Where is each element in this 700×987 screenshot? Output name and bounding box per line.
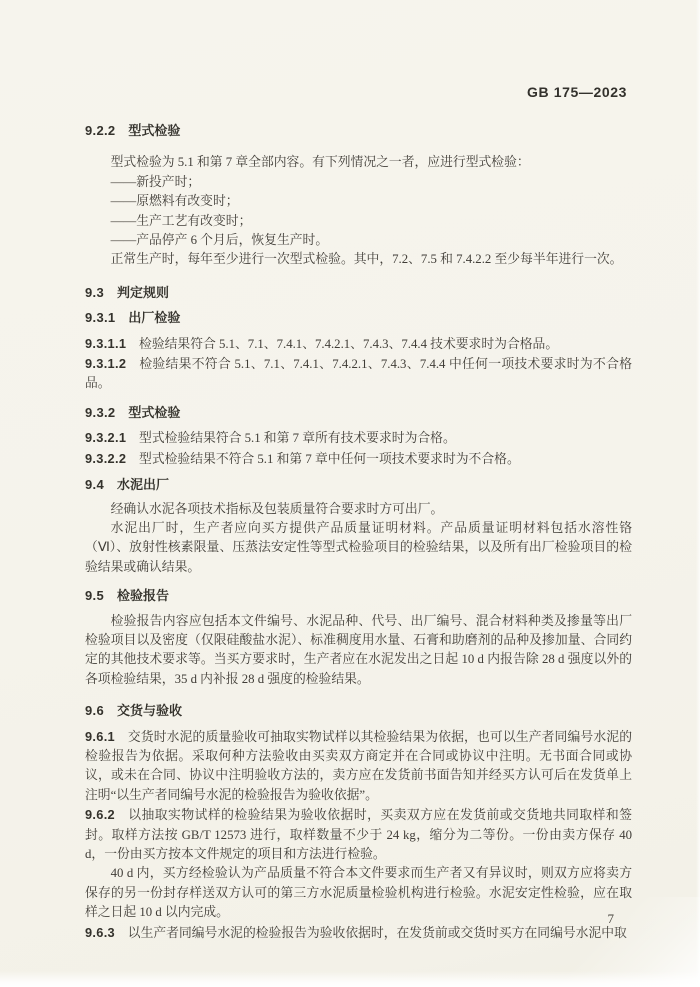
clause-9-6-2: 9.6.2以抽取实物试样的检验结果为验收依据时，买卖双方应在发货前或交货地共同取… <box>85 805 632 864</box>
section-heading-9-2-2: 9.2.2型式检验 <box>85 121 632 140</box>
scan-edge-highlight <box>696 0 700 987</box>
section-number: 9.6 <box>85 703 104 718</box>
section-title: 水泥出厂 <box>117 477 169 492</box>
clause-number: 9.6.3 <box>85 925 115 940</box>
list-item: ——生产工艺有改变时； <box>85 212 632 231</box>
section-number: 9.3.1 <box>85 310 115 325</box>
section-heading-9-3-2: 9.3.2型式检验 <box>85 403 632 422</box>
section-heading-9-3: 9.3判定规则 <box>85 283 632 302</box>
section-number: 9.3 <box>85 285 104 300</box>
section-title: 判定规则 <box>117 285 169 300</box>
list-item: ——原燃料有改变时； <box>85 192 632 211</box>
clause-number: 9.3.2.1 <box>85 430 126 445</box>
clause-9-6-1: 9.6.1交货时水泥的质量验收可抽取实物试样以其检验结果为依据，也可以生产者同编… <box>85 727 632 806</box>
section-title: 型式检验 <box>128 405 180 420</box>
clause-9-3-1-2: 9.3.1.2检验结果不符合 5.1、7.1、7.4.1、7.4.2.1、7.4… <box>85 354 632 394</box>
clause-number: 9.3.1.1 <box>85 336 126 351</box>
section-heading-9-6: 9.6交货与验收 <box>85 701 632 720</box>
clause-number: 9.3.2.2 <box>85 451 126 466</box>
section-number: 9.4 <box>85 477 104 492</box>
document-body: 9.2.2型式检验 型式检验为 5.1 和第 7 章全部内容。有下列情况之一者，… <box>85 121 632 943</box>
paragraph: 型式检验为 5.1 和第 7 章全部内容。有下列情况之一者，应进行型式检验： <box>85 153 632 172</box>
standard-number-header: GB 175—2023 <box>527 84 627 100</box>
section-heading-9-5: 9.5检验报告 <box>85 586 632 605</box>
clause-number: 9.3.1.2 <box>85 356 126 371</box>
section-title: 出厂检验 <box>128 310 180 325</box>
clause-text: 以抽取实物试样的检验结果为验收依据时，买卖双方应在发货前或交货地共同取样和签封。… <box>85 808 632 861</box>
clause-text: 型式检验结果不符合 5.1 和第 7 章中任何一项技术要求时为不合格。 <box>139 452 520 466</box>
section-heading-9-4: 9.4水泥出厂 <box>85 475 632 494</box>
scanned-document-page: GB 175—2023 9.2.2型式检验 型式检验为 5.1 和第 7 章全部… <box>0 0 700 987</box>
clause-9-3-2-2: 9.3.2.2型式检验结果不符合 5.1 和第 7 章中任何一项技术要求时为不合… <box>85 449 632 469</box>
section-title: 检验报告 <box>117 588 169 603</box>
list-item: ——新投产时； <box>85 173 632 192</box>
section-heading-9-3-1: 9.3.1出厂检验 <box>85 308 632 327</box>
section-title: 交货与验收 <box>117 703 182 718</box>
clause-text: 型式检验结果符合 5.1 和第 7 章所有技术要求时为合格。 <box>139 431 456 445</box>
clause-number: 9.6.2 <box>85 807 115 822</box>
paragraph: 检验报告内容应包括本文件编号、水泥品种、代号、出厂编号、混合材料种类及掺量等出厂… <box>85 612 632 690</box>
scan-corner-shade <box>520 897 700 987</box>
clause-text: 检验结果符合 5.1、7.1、7.4.1、7.4.2.1、7.4.3、7.4.4… <box>139 337 558 351</box>
list-item: ——产品停产 6 个月后，恢复生产时。 <box>85 231 632 250</box>
section-number: 9.3.2 <box>85 405 115 420</box>
clause-number: 9.6.1 <box>85 729 115 744</box>
section-title: 型式检验 <box>128 123 180 138</box>
paragraph: 正常生产时，每年至少进行一次型式检验。其中，7.2、7.5 和 7.4.2.2 … <box>85 250 632 269</box>
clause-text: 交货时水泥的质量验收可抽取实物试样以其检验结果为依据，也可以生产者同编号水泥的检… <box>85 730 632 802</box>
clause-9-3-2-1: 9.3.2.1型式检验结果符合 5.1 和第 7 章所有技术要求时为合格。 <box>85 428 632 448</box>
section-number: 9.2.2 <box>85 123 115 138</box>
paragraph: 水泥出厂时，生产者应向买方提供产品质量证明材料。产品质量证明材料包括水溶性铬（Ⅵ… <box>85 519 632 577</box>
section-number: 9.5 <box>85 588 104 603</box>
clause-9-3-1-1: 9.3.1.1检验结果符合 5.1、7.1、7.4.1、7.4.2.1、7.4.… <box>85 334 632 354</box>
paragraph: 经确认水泥各项技术指标及包装质量符合要求时方可出厂。 <box>85 500 632 519</box>
clause-text: 检验结果不符合 5.1、7.1、7.4.1、7.4.2.1、7.4.3、7.4.… <box>85 357 632 390</box>
